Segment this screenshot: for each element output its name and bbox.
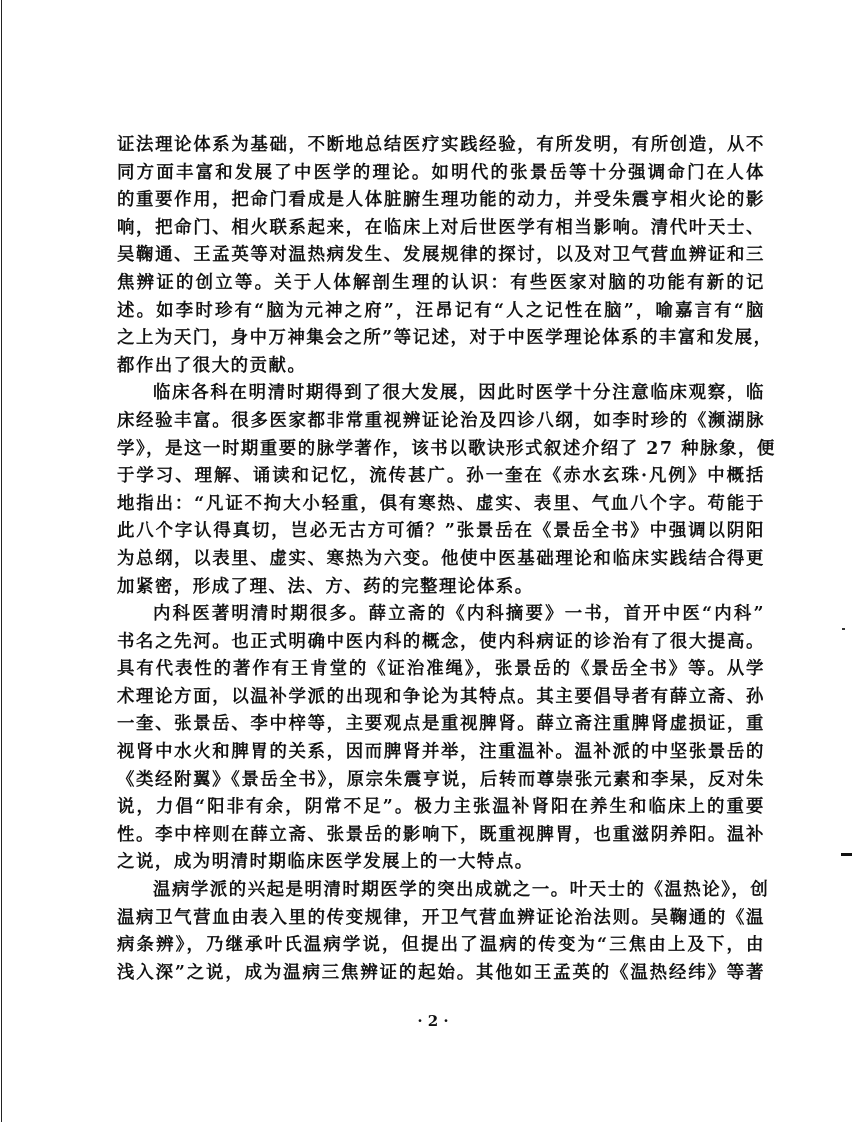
- text-line: 此八个字认得真切，岂必无古方可循？”张景岳在《景岳全书》中强调以阴阳: [117, 518, 765, 546]
- text-line: 吴鞠通、王孟英等对温热病发生、发展规律的探讨，以及对卫气营血辨证和三: [117, 242, 765, 270]
- text-line: 都作出了很大的贡献。: [117, 353, 765, 381]
- paragraph-3: 内科医著明清时期很多。薛立斋的《内科摘要》一书，首开中医“内科” 书名之先河。也…: [117, 601, 765, 877]
- text-line: 书名之先河。也正式明确中医内科的概念，使内科病证的诊治有了很大提高。: [117, 629, 765, 657]
- text-line: 同方面丰富和发展了中医学的理论。如明代的张景岳等十分强调命门在人体: [117, 160, 765, 188]
- paragraph-2: 临床各科在明清时期得到了很大发展，因此时医学十分注意临床观察，临 床经验丰富。很…: [117, 380, 765, 601]
- text-line: 学》，是这一时期重要的脉学著作，该书以歌诀形式叙述介绍了 27 种脉象，便: [117, 436, 765, 464]
- text-line: 内科医著明清时期很多。薛立斋的《内科摘要》一书，首开中医“内科”: [117, 601, 765, 629]
- document-page-body: 证法理论体系为基础，不断地总结医疗实践经验，有所发明，有所创造，从不 同方面丰富…: [117, 132, 765, 987]
- scan-margin-mark: [842, 628, 845, 630]
- text-line: 术理论方面，以温补学派的出现和争论为其特点。其主要倡导者有薛立斋、孙: [117, 684, 765, 712]
- text-line: 说，力倡“阳非有余，阴常不足”。极力主张温补肾阳在养生和临床上的重要: [117, 794, 765, 822]
- paragraph-4: 温病学派的兴起是明清时期医学的突出成就之一。叶天士的《温热论》，创 温病卫气营血…: [117, 877, 765, 987]
- text-line: 病条辨》，乃继承叶氏温病学说，但提出了温病的传变为“三焦由上及下，由: [117, 932, 765, 960]
- text-line: 证法理论体系为基础，不断地总结医疗实践经验，有所发明，有所创造，从不: [117, 132, 765, 160]
- text-line: 响，把命门、相火联系起来，在临床上对后世医学有相当影响。清代叶天士、: [117, 215, 765, 243]
- text-line: 浅入深”之说，成为温病三焦辨证的起始。其他如王孟英的《温热经纬》等著: [117, 960, 765, 988]
- text-line: 为总纲，以表里、虚实、寒热为六变。他使中医基础理论和临床实践结合得更: [117, 546, 765, 574]
- text-line: 焦辨证的创立等。关于人体解剖生理的认识：有些医家对脑的功能有新的记: [117, 270, 765, 298]
- text-line: 一奎、张景岳、李中梓等，主要观点是重视脾肾。薛立斋注重脾肾虚损证，重: [117, 711, 765, 739]
- text-line: 述。如李时珍有“脑为元神之府”，汪昂记有“人之记性在脑”，喻嘉言有“脑: [117, 298, 765, 326]
- text-line: 的重要作用，把命门看成是人体脏腑生理功能的动力，并受朱震亨相火论的影: [117, 187, 765, 215]
- text-line: 地指出：“凡证不拘大小轻重，俱有寒热、虚实、表里、气血八个字。苟能于: [117, 491, 765, 519]
- text-line: 床经验丰富。很多医家都非常重视辨证论治及四诊八纲，如李时珍的《濒湖脉: [117, 408, 765, 436]
- text-line: 《类经附翼》《景岳全书》，原宗朱震亨说，后转而尊崇张元素和李杲，反对朱: [117, 767, 765, 795]
- text-line: 温病学派的兴起是明清时期医学的突出成就之一。叶天士的《温热论》，创: [117, 877, 765, 905]
- text-line: 视肾中水火和脾胃的关系，因而脾肾并举，注重温补。温补派的中坚张景岳的: [117, 739, 765, 767]
- text-line: 温病卫气营血由表入里的传变规律，开卫气营血辨证论治法则。吴鞠通的《温: [117, 905, 765, 933]
- text-line: 之说，成为明清时期临床医学发展上的一大特点。: [117, 849, 765, 877]
- text-line: 性。李中梓则在薛立斋、张景岳的影响下，既重视脾胃，也重滋阴养阳。温补: [117, 822, 765, 850]
- scan-margin-mark: [841, 853, 852, 856]
- text-line: 临床各科在明清时期得到了很大发展，因此时医学十分注意临床观察，临: [117, 380, 765, 408]
- text-line: 之上为天门，身中万神集会之所”等记述，对于中医学理论体系的丰富和发展，: [117, 325, 765, 353]
- text-line: 于学习、理解、诵读和记忆，流传甚广。孙一奎在《赤水玄珠·凡例》中概括: [117, 463, 765, 491]
- text-line: 加紧密，形成了理、法、方、药的完整理论体系。: [117, 574, 765, 602]
- page-edge-line: [1, 0, 2, 1122]
- text-line: 具有代表性的著作有王肯堂的《证治准绳》，张景岳的《景岳全书》等。从学: [117, 656, 765, 684]
- page-number: · 2 ·: [0, 1012, 866, 1030]
- paragraph-1: 证法理论体系为基础，不断地总结医疗实践经验，有所发明，有所创造，从不 同方面丰富…: [117, 132, 765, 380]
